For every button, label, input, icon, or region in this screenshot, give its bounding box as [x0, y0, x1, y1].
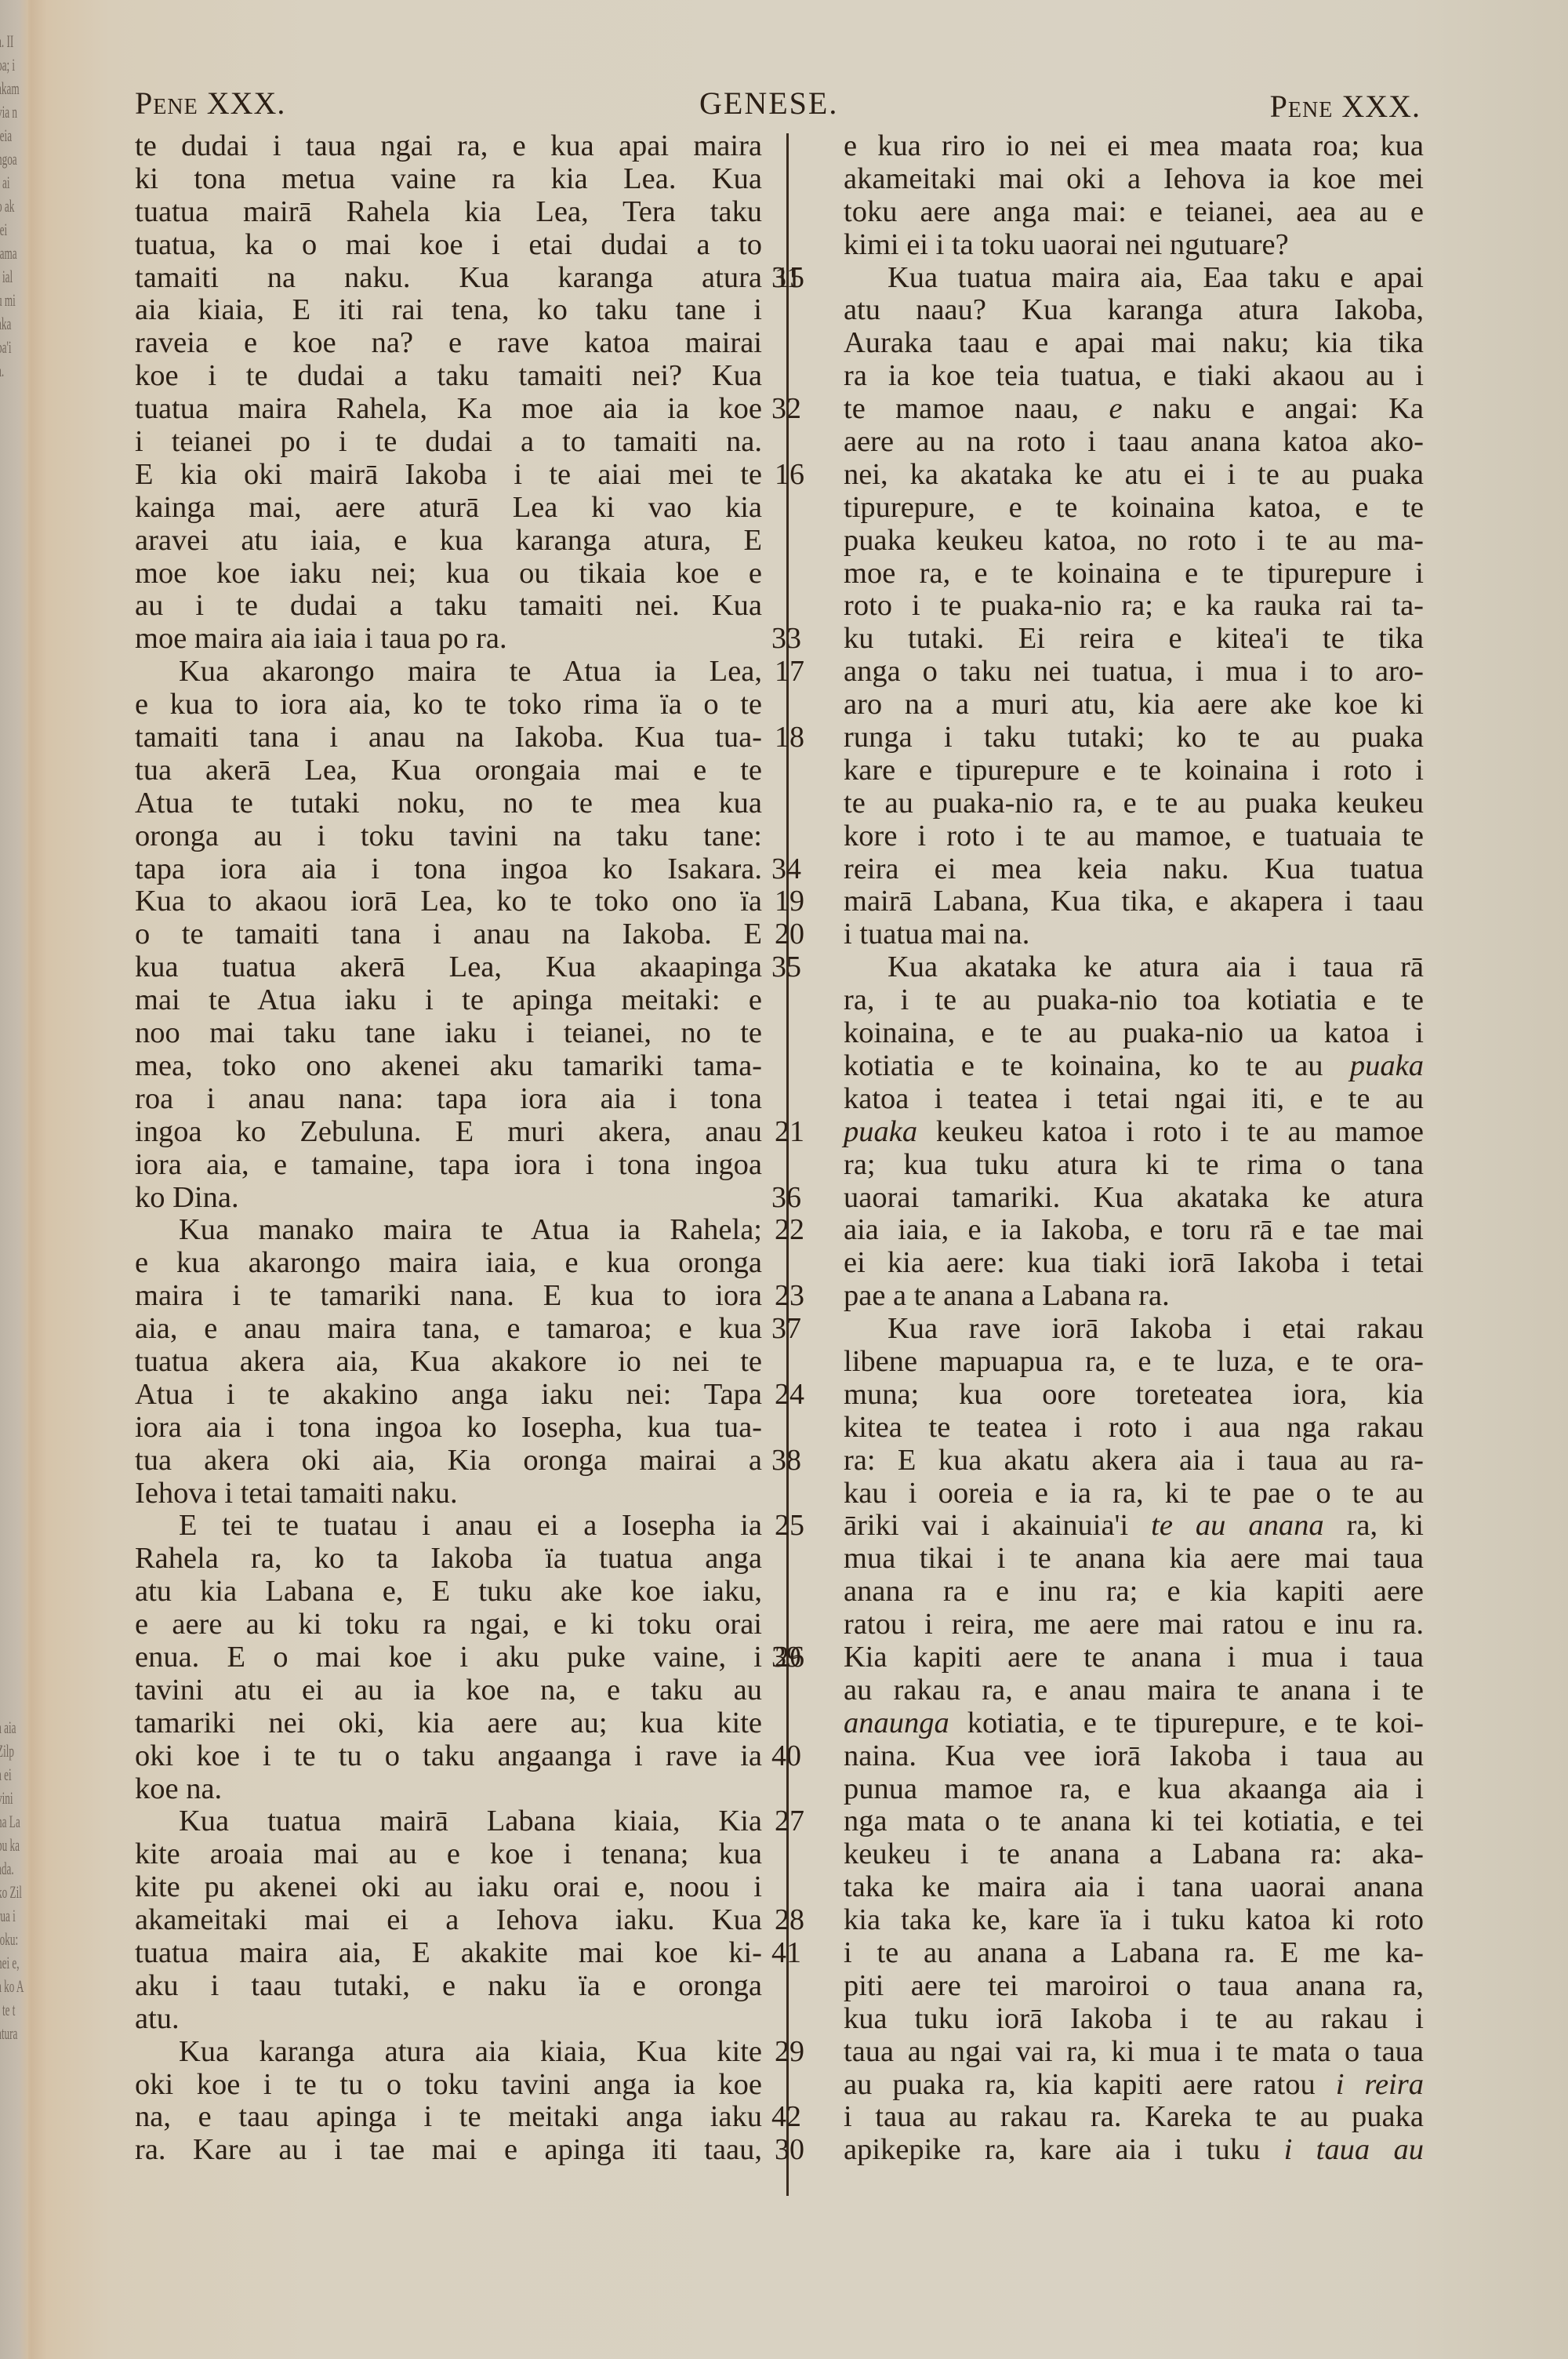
line-text: tua akera oki aia, Kia oronga mairai a	[135, 1444, 762, 1477]
line-text: reira ei mea keia naku. Kua tuatua	[844, 852, 1424, 885]
verse-number: 25	[775, 1510, 804, 1543]
line-text: oronga au i toku tavini na taku tane:	[135, 820, 762, 852]
text-line: piti aere tei maroiroi o taua anana ra,	[844, 1970, 1424, 2003]
line-text: nga mata o te anana ki tei kotiatia, e t…	[844, 1805, 1424, 1837]
text-line: muna; kua oore toreteatea iora, kia	[844, 1379, 1424, 1412]
line-text: koe na.	[135, 1772, 222, 1805]
verse-number: 22	[775, 1214, 804, 1247]
text-line: Kua manako maira te Atua ia Rahela;22	[135, 1214, 762, 1247]
line-text: anaunga kotiatia, e te tipurepure, e te …	[844, 1707, 1424, 1739]
line-text: e kua to iora aia, ko te toko rima ïa o …	[135, 688, 762, 721]
text-line: oki koe i te tu o taku angaanga i rave i…	[135, 1740, 762, 1773]
text-line: tapa iora aia i tona ingoa ko Isakara.	[135, 853, 762, 886]
line-text: kotiatia e te koinaina, ko te au puaka	[844, 1049, 1424, 1082]
bleed-text: vini	[0, 1788, 13, 1808]
text-line: Kua tuatua mairā Labana kiaia, Kia27	[135, 1805, 762, 1838]
line-text: au rakau ra, e anau maira te anana i te	[844, 1674, 1424, 1707]
line-text: i te au anana a Labana ra. E me ka-	[844, 1936, 1424, 1969]
line-text: tamaiti tana i anau na Iakoba. Kua tua-	[135, 721, 762, 754]
line-text: aku i taau tutaki, e naku ïa e oronga	[135, 1969, 762, 2002]
line-text: tavini atu ei au ia koe na, e taku au	[135, 1674, 762, 1707]
text-line: o te tamaiti tana i anau na Iakoba. E20	[135, 918, 762, 951]
text-line: punua mamoe ra, e kua akaanga aia i	[844, 1773, 1424, 1806]
line-text: iora aia, e tamaine, tapa iora i tona in…	[135, 1148, 762, 1181]
line-text: ingoa ko Zebuluna. E muri akera, anau	[135, 1115, 762, 1148]
text-line: Atua te tutaki noku, no te mea kua	[135, 787, 762, 820]
text-line: i taua au rakau ra. Kareka te au puaka42	[844, 2101, 1424, 2134]
text-line: aku i taau tutaki, e naku ïa e oronga	[135, 1970, 762, 2003]
bleed-text: rua i	[0, 1906, 16, 1926]
verse-number: 20	[775, 918, 804, 951]
italic-word: puaka	[844, 1115, 917, 1148]
text-line: keukeu i te anana a Labana ra: aka-	[844, 1838, 1424, 1871]
text-line: moe koe iaku nei; kua ou tikaia koe e	[135, 558, 762, 591]
text-line: Kua rave iorā Iakoba i etai rakau37	[844, 1313, 1424, 1346]
italic-word: puaka	[1350, 1049, 1424, 1082]
left-text-column: te dudai i taua ngai ra, e kua apai mair…	[135, 130, 762, 2167]
text-line: mairā Labana, Kua tika, e akapera i taau	[844, 885, 1424, 918]
text-line: akameitaki mai oki a Iehova ia koe mei	[844, 163, 1424, 196]
line-text: akameitaki mai ei a Iehova iaku. Kua	[135, 1903, 762, 1936]
line-text: katoa i teatea i tetai ngai iti, e te au	[844, 1082, 1424, 1115]
line-text: libene mapuapua ra, e te luza, e te ora-	[844, 1345, 1424, 1378]
text-line: tamariki nei oki, kia aere au; kua kite	[135, 1707, 762, 1740]
line-text: tua akerā Lea, Kua orongaia mai e te	[135, 754, 762, 787]
line-text: te dudai i taua ngai ra, e kua apai mair…	[135, 129, 762, 162]
line-text: tamariki nei oki, kia aere au; kua kite	[135, 1707, 762, 1739]
text-line: Atua i te akakino anga iaku nei: Tapa24	[135, 1379, 762, 1412]
text-line: na, e taau apinga i te meitaki anga iaku	[135, 2101, 762, 2134]
text-line: atu.	[135, 2003, 762, 2036]
text-line: moe maira aia iaia i taua po ra.	[135, 623, 762, 656]
bleed-text: oa; i	[0, 55, 15, 75]
bleed-text: ngoa	[0, 149, 17, 169]
line-text: tuatua akera aia, Kua akakore io nei te	[135, 1345, 762, 1378]
bleed-text: pa'i	[0, 337, 12, 358]
verse-number: 33	[771, 623, 801, 656]
text-line: koinaina, e te au puaka-nio ua katoa i	[844, 1017, 1424, 1050]
text-line: tuatua maira Rahela, Ka moe aia ia koe	[135, 393, 762, 426]
text-line: katoa i teatea i tetai ngai iti, e te au	[844, 1083, 1424, 1116]
line-text: raveia e koe na? e rave katoa mairai	[135, 326, 762, 359]
line-text: kia taka ke, kare ïa i tuku katoa ki rot…	[844, 1903, 1424, 1936]
line-text: i teianei po i te dudai a to tamaiti na.	[135, 425, 762, 458]
line-text: tuatua maira Rahela, Ka moe aia ia koe	[135, 392, 762, 425]
line-text: mea, toko ono akenei aku tamariki tama-	[135, 1049, 762, 1082]
text-line: naina. Kua vee iorā Iakoba i taua au40	[844, 1740, 1424, 1773]
text-line: ra; kua tuku atura ki te rima o tana	[844, 1149, 1424, 1182]
text-line: āriki vai i akainuia'i te au anana ra, k…	[844, 1510, 1424, 1543]
line-text: anana ra e inu ra; e kia kapiti aere	[844, 1575, 1424, 1608]
line-text: nei, ka akataka ke atu ei i te au puaka	[844, 458, 1424, 491]
text-line: tavini atu ei au ia koe na, e taku au	[135, 1674, 762, 1707]
line-text: Rahela ra, ko ta Iakoba ïa tuatua anga	[135, 1542, 762, 1575]
line-text: mairā Labana, Kua tika, e akapera i taau	[844, 885, 1424, 918]
text-line: kotiatia e te koinaina, ko te au puaka	[844, 1050, 1424, 1083]
line-text: tapa iora aia i tona ingoa ko Isakara.	[135, 852, 762, 885]
line-text: au i te dudai a taku tamaiti nei. Kua	[135, 589, 762, 622]
text-line: anana ra e inu ra; e kia kapiti aere	[844, 1576, 1424, 1608]
line-text: te au puaka-nio ra, e te au puaka keukeu	[844, 787, 1424, 820]
line-text: te mamoe naau, e naku e angai: Ka	[844, 392, 1424, 425]
verse-number: 37	[771, 1313, 801, 1346]
chapter-number: XXX.	[1341, 89, 1421, 124]
bleed-text: nei e,	[0, 1953, 20, 1973]
line-text: e kua akarongo maira iaia, e kua oronga	[135, 1246, 762, 1279]
text-line: tamaiti na naku. Kua karanga atura15	[135, 262, 762, 295]
line-text: na, e taau apinga i te meitaki anga iaku	[135, 2100, 762, 2133]
bleed-text: i ial	[0, 267, 13, 287]
text-line: Kua karanga atura aia kiaia, Kua kite29	[135, 2036, 762, 2069]
text-line: anaunga kotiatia, e te tipurepure, e te …	[844, 1707, 1424, 1740]
text-line: ra ia koe teia tuatua, e tiaki akaou au …	[844, 360, 1424, 393]
text-line: atu kia Labana e, E tuku ake koe iaku,	[135, 1576, 762, 1608]
line-text: kimi ei i ta toku uaorai nei ngutuare?	[844, 228, 1289, 261]
line-text: kainga mai, aere aturā Lea ki vao kia	[135, 491, 762, 524]
line-text: aere au na roto i taau anana katoa ako-	[844, 425, 1424, 458]
text-line: tamaiti tana i anau na Iakoba. Kua tua-1…	[135, 722, 762, 754]
text-line: roto i te puaka-nio ra; e ka rauka rai t…	[844, 590, 1424, 623]
text-line: Auraka taau e apai mai naku; kia tika	[844, 327, 1424, 360]
text-line: Rahela ra, ko ta Iakoba ïa tuatua anga	[135, 1543, 762, 1576]
text-line: te mamoe naau, e naku e angai: Ka32	[844, 393, 1424, 426]
bleed-text: i ai	[0, 173, 10, 193]
text-line: kua tuku iorā Iakoba i te au rakau i	[844, 2003, 1424, 2036]
line-text: E tei te tuatau i anau ei a Iosepha ia	[179, 1509, 762, 1542]
text-line: koe na.	[135, 1773, 762, 1806]
text-line: tipurepure, e te koinaina katoa, e te	[844, 492, 1424, 525]
line-text: moe koe iaku nei; kua ou tikaia koe e	[135, 557, 762, 590]
verse-number: 19	[775, 885, 804, 918]
chapter-number: XXX.	[207, 85, 286, 121]
verse-number: 29	[775, 2036, 804, 2069]
line-text: tuatua mairā Rahela kia Lea, Tera taku	[135, 195, 762, 228]
verse-number: 24	[775, 1379, 804, 1412]
line-text: runga i taku tutaki; ko te au puaka	[844, 721, 1424, 754]
text-line: runga i taku tutaki; ko te au puaka	[844, 722, 1424, 754]
bleed-text: akam	[0, 78, 20, 99]
text-line: E tei te tuatau i anau ei a Iosepha ia25	[135, 1510, 762, 1543]
bleed-text: a. II	[0, 31, 13, 52]
line-text: Kua akarongo maira te Atua ia Lea,	[179, 655, 762, 688]
bleed-text: aka	[0, 314, 11, 334]
line-text: e kua riro io nei ei mea maata roa; kua	[844, 129, 1424, 162]
text-line: kore i roto i te au mamoe, e tuatuaia te	[844, 820, 1424, 853]
verse-number: 32	[771, 393, 801, 426]
text-line: au rakau ra, e anau maira te anana i te	[844, 1674, 1424, 1707]
verse-number: 38	[771, 1445, 801, 1478]
bleed-text: atura	[0, 2023, 17, 2044]
text-line: Kua tuatua maira aia, Eaa taku e apai31	[844, 262, 1424, 295]
text-line: oki koe i te tu o toku tavini anga ia ko…	[135, 2069, 762, 2102]
line-text: kore i roto i te au mamoe, e tuatuaia te	[844, 820, 1424, 852]
text-line: toku aere anga mai: e teianei, aea au e	[844, 196, 1424, 229]
line-text: anga o taku nei tuatua, i mua i to aro-	[844, 655, 1424, 688]
bleed-text: pu ka	[0, 1835, 20, 1856]
text-line: ra: E kua akatu akera aia i taua au ra-3…	[844, 1445, 1424, 1478]
line-text: puaka keukeu katoa i roto i te au mamoe	[844, 1115, 1424, 1148]
text-line: mai te Atua iaku i te apinga meitaki: e	[135, 984, 762, 1017]
line-text: E kia oki mairā Iakoba i te aiai mei te	[135, 458, 762, 491]
line-text: au puaka ra, kia kapiti aere ratou i rei…	[844, 2068, 1424, 2101]
text-line: tuatua maira aia, E akakite mai koe ki-	[135, 1937, 762, 1970]
bleed-text: o ak	[0, 196, 14, 216]
line-text: aro na a muri atu, kia aere ake koe ki	[844, 688, 1424, 721]
line-text: muna; kua oore toreteatea iora, kia	[844, 1378, 1424, 1411]
line-text: Atua te tutaki noku, no te mea kua	[135, 787, 762, 820]
line-text: kite pu akenei oki au iaku orai e, noou …	[135, 1870, 762, 1903]
line-text: ra, i te au puaka-nio toa kotiatia e te	[844, 983, 1424, 1016]
bleed-text: na La	[0, 1812, 20, 1832]
line-text: Kua manako maira te Atua ia Rahela;	[179, 1213, 762, 1246]
bleed-text: tama	[0, 243, 17, 264]
text-line: tuatua mairā Rahela kia Lea, Tera taku	[135, 196, 762, 229]
line-text: atu.	[135, 2002, 180, 2035]
text-line: noo mai taku tane iaku i teianei, no te	[135, 1017, 762, 1050]
line-text: ki tona metua vaine ra kia Lea. Kua	[135, 162, 762, 195]
line-text: kitea te teatea i roto i aua nga rakau	[844, 1411, 1424, 1444]
text-line: taka ke maira aia i tana uaorai anana	[844, 1871, 1424, 1904]
line-text: tuatua maira aia, E akakite mai koe ki-	[135, 1936, 762, 1969]
verse-number: 21	[775, 1116, 804, 1149]
text-line: Iehova i tetai tamaiti naku.	[135, 1478, 762, 1510]
text-line: apikepike ra, kare aia i tuku i taua au	[844, 2134, 1424, 2167]
line-text: enua. E o mai koe i aku puke vaine, i	[135, 1641, 762, 1674]
line-text: toku aere anga mai: e teianei, aea au e	[844, 195, 1424, 228]
text-line: pae a te anana a Labana ra.	[844, 1280, 1424, 1313]
line-text: akameitaki mai oki a Iehova ia koe mei	[844, 162, 1424, 195]
line-text: tuatua, ka o mai koe i etai dudai a to	[135, 228, 762, 261]
text-line: libene mapuapua ra, e te luza, e te ora-	[844, 1346, 1424, 1379]
text-line: iora aia, e tamaine, tapa iora i tona in…	[135, 1149, 762, 1182]
line-text: oki koe i te tu o taku angaanga i rave i…	[135, 1739, 762, 1772]
text-line: reira ei mea keia naku. Kua tuatua34	[844, 853, 1424, 886]
text-line: maira i te tamariki nana. E kua to iora2…	[135, 1280, 762, 1313]
line-text: oki koe i te tu o toku tavini anga ia ko…	[135, 2068, 762, 2101]
text-line: anga o taku nei tuatua, i mua i to aro-	[844, 656, 1424, 689]
verse-number: 30	[775, 2134, 804, 2167]
verse-number: 40	[771, 1740, 801, 1773]
text-line: nga mata o te anana ki tei kotiatia, e t…	[844, 1805, 1424, 1838]
line-text: atu naau? Kua karanga atura Iakoba,	[844, 293, 1424, 326]
verse-number: 39	[771, 1641, 801, 1674]
text-line: kua tuatua akerā Lea, Kua akaapinga	[135, 951, 762, 984]
line-text: kare e tipurepure e te koinaina i roto i	[844, 754, 1424, 787]
verse-number: 16	[775, 459, 804, 492]
line-text: roa i anau nana: tapa iora aia i tona	[135, 1082, 762, 1115]
column-divider	[786, 133, 789, 2196]
line-text: Iehova i tetai tamaiti naku.	[135, 1477, 458, 1510]
text-line: kitea te teatea i roto i aua nga rakau	[844, 1412, 1424, 1445]
line-text: moe maira aia iaia i taua po ra.	[135, 622, 507, 655]
text-line: e kua to iora aia, ko te toko rima ïa o …	[135, 689, 762, 722]
text-line: kite pu akenei oki au iaku orai e, noou …	[135, 1871, 762, 1904]
line-text: ko Dina.	[135, 1181, 239, 1214]
bleed-text: a aia	[0, 1717, 16, 1738]
text-line: kimi ei i ta toku uaorai nei ngutuare?	[844, 229, 1424, 262]
verse-number: 27	[775, 1805, 804, 1838]
line-text: tamaiti na naku. Kua karanga atura	[135, 261, 762, 294]
line-text: tipurepure, e te koinaina katoa, e te	[844, 491, 1424, 524]
line-text: Kua rave iorā Iakoba i etai rakau	[887, 1312, 1424, 1345]
line-text: Kua karanga atura aia kiaia, Kua kite	[179, 2035, 762, 2068]
line-text: maira i te tamariki nana. E kua to iora	[135, 1279, 762, 1312]
line-text: kau i ooreia e ia ra, ki te pae o te au	[844, 1477, 1424, 1510]
line-text: mai te Atua iaku i te apinga meitaki: e	[135, 983, 762, 1016]
line-text: naina. Kua vee iorā Iakoba i taua au	[844, 1739, 1424, 1772]
chapter-prefix: Pene	[135, 85, 198, 121]
line-text: noo mai taku tane iaku i teianei, no te	[135, 1016, 762, 1049]
bleed-text: i te t	[0, 2000, 15, 2020]
bleed-text: ko Zil	[0, 1882, 22, 1903]
line-text: aravei atu iaia, e kua karanga atura, E	[135, 524, 762, 557]
text-line: oronga au i toku tavini na taku tane:	[135, 820, 762, 853]
line-text: ku tutaki. Ei reira e kitea'i te tika	[844, 622, 1424, 655]
line-text: e aere au ki toku ra ngai, e ki toku ora…	[135, 1608, 762, 1641]
text-line: tua akera oki aia, Kia oronga mairai a	[135, 1445, 762, 1478]
verse-number: 17	[775, 656, 804, 689]
verse-number: 42	[771, 2101, 801, 2134]
text-line: aia iaia, e ia Iakoba, e toru rā e tae m…	[844, 1214, 1424, 1247]
text-line: kainga mai, aere aturā Lea ki vao kia	[135, 492, 762, 525]
line-text: taka ke maira aia i tana uaorai anana	[844, 1870, 1424, 1903]
line-text: apikepike ra, kare aia i tuku i taua au	[844, 2133, 1424, 2166]
line-text: Kua akataka ke atura aia i taua rā	[887, 951, 1424, 983]
book-page: a. IIoa; iakamvia nteiangoai aio akteita…	[0, 0, 1568, 2359]
line-text: kite aroaia mai au e koe i tenana; kua	[135, 1837, 762, 1870]
bleed-text: a ei	[0, 1765, 12, 1785]
text-line: tuatua akera aia, Kua akakore io nei te	[135, 1346, 762, 1379]
text-line: ingoa ko Zebuluna. E muri akera, anau21	[135, 1116, 762, 1149]
text-line: puaka keukeu katoa, no roto i te au ma-	[844, 525, 1424, 558]
text-line: te au puaka-nio ra, e te au puaka keukeu	[844, 787, 1424, 820]
line-text: pae a te anana a Labana ra.	[844, 1279, 1170, 1312]
text-line: ra. Kare au i tae mai e apinga iti taau,…	[135, 2134, 762, 2167]
line-text: moe ra, e te koinaina e te tipurepure i	[844, 557, 1424, 590]
italic-word: anaunga	[844, 1707, 949, 1739]
text-line: kare e tipurepure e te koinaina i roto i	[844, 754, 1424, 787]
text-line: aro na a muri atu, kia aere ake koe ki	[844, 689, 1424, 722]
text-line: iora aia i tona ingoa ko Iosepha, kua tu…	[135, 1412, 762, 1445]
line-text: keukeu i te anana a Labana ra: aka-	[844, 1837, 1424, 1870]
line-text: ra ia koe teia tuatua, e tiaki akaou au …	[844, 359, 1424, 392]
line-text: ratou i reira, me aere mai ratou e inu r…	[844, 1608, 1424, 1641]
text-line: ku tutaki. Ei reira e kitea'i te tika33	[844, 623, 1424, 656]
text-line: au i te dudai a taku tamaiti nei. Kua	[135, 590, 762, 623]
text-line: roa i anau nana: tapa iora aia i tona	[135, 1083, 762, 1116]
text-line: uaorai tamariki. Kua akataka ke atura36	[844, 1182, 1424, 1215]
text-line: i te au anana a Labana ra. E me ka-41	[844, 1937, 1424, 1970]
text-line: tua akerā Lea, Kua orongaia mai e te	[135, 754, 762, 787]
line-text: Auraka taau e apai mai naku; kia tika	[844, 326, 1424, 359]
text-line: Kia kapiti aere te anana i mua i taua39	[844, 1641, 1424, 1674]
line-text: āriki vai i akainuia'i te au anana ra, k…	[844, 1509, 1424, 1542]
text-line: taua au ngai vai ra, ki mua i te mata o …	[844, 2036, 1424, 2069]
text-line: ra, i te au puaka-nio toa kotiatia e te	[844, 984, 1424, 1017]
text-line: ki tona metua vaine ra kia Lea. Kua	[135, 163, 762, 196]
bleed-text: via n	[0, 102, 17, 122]
text-line: raveia e koe na? e rave katoa mairai	[135, 327, 762, 360]
line-text: Kua tuatua maira aia, Eaa taku e apai	[887, 261, 1424, 294]
italic-word: i reira	[1336, 2068, 1424, 2101]
italic-word: e	[1109, 392, 1123, 425]
bleed-text: teia	[0, 125, 12, 146]
line-text: mua tikai i te anana kia aere mai taua	[844, 1542, 1424, 1575]
text-line: Kua to akaou iorā Lea, ko te toko ono ïa…	[135, 885, 762, 918]
verse-number: 34	[771, 853, 801, 886]
text-line: i tuatua mai na.	[844, 918, 1424, 951]
line-text: Kua to akaou iorā Lea, ko te toko ono ïa	[135, 885, 762, 918]
verse-number: 41	[771, 1937, 801, 1970]
text-line: e kua akarongo maira iaia, e kua oronga	[135, 1247, 762, 1280]
italic-word: te au anana	[1151, 1509, 1323, 1542]
text-line: aia kiaia, E iti rai tena, ko taku tane …	[135, 294, 762, 327]
line-text: ra; kua tuku atura ki te rima o tana	[844, 1148, 1424, 1181]
line-text: Kua tuatua mairā Labana kiaia, Kia	[179, 1805, 762, 1837]
line-text: Atua i te akakino anga iaku nei: Tapa	[135, 1378, 762, 1411]
verse-number: 18	[775, 722, 804, 754]
text-line: mea, toko ono akenei aku tamariki tama-	[135, 1050, 762, 1083]
line-text: puaka keukeu katoa, no roto i te au ma-	[844, 524, 1424, 557]
text-line: Kua akarongo maira te Atua ia Lea,17	[135, 656, 762, 689]
line-text: kua tuku iorā Iakoba i te au rakau i	[844, 2002, 1424, 2035]
text-line: ei kia aere: kua tiaki iorā Iakoba i tet…	[844, 1247, 1424, 1280]
line-text: aia, e anau maira tana, e tamaroa; e kua	[135, 1312, 762, 1345]
bleed-text: u mi	[0, 290, 16, 311]
text-line: au puaka ra, kia kapiti aere ratou i rei…	[844, 2069, 1424, 2102]
text-line: e aere au ki toku ra ngai, e ki toku ora…	[135, 1608, 762, 1641]
line-text: i taua au rakau ra. Kareka te au puaka	[844, 2100, 1424, 2133]
line-text: roto i te puaka-nio ra; e ka rauka rai t…	[844, 589, 1424, 622]
italic-word: i taua au	[1284, 2133, 1424, 2166]
text-line: moe ra, e te koinaina e te tipurepure i	[844, 558, 1424, 591]
line-text: atu kia Labana e, E tuku ake koe iaku,	[135, 1575, 762, 1608]
text-line: kite aroaia mai au e koe i tenana; kua	[135, 1838, 762, 1871]
text-line: akameitaki mai ei a Iehova iaku. Kua28	[135, 1904, 762, 1937]
line-text: aia iaia, e ia Iakoba, e toru rā e tae m…	[844, 1213, 1424, 1246]
text-line: aia, e anau maira tana, e tamaroa; e kua	[135, 1313, 762, 1346]
right-text-column: e kua riro io nei ei mea maata roa; kuaa…	[844, 130, 1424, 2167]
bleed-text: Zilp	[0, 1741, 14, 1761]
line-text: o te tamaiti tana i anau na Iakoba. E	[135, 918, 762, 951]
text-line: kia taka ke, kare ïa i tuku katoa ki rot…	[844, 1904, 1424, 1937]
text-line: E kia oki mairā Iakoba i te aiai mei te1…	[135, 459, 762, 492]
text-line: Kua akataka ke atura aia i taua rā35	[844, 951, 1424, 984]
book-title: GENESE.	[699, 85, 838, 122]
text-line: te dudai i taua ngai ra, e kua apai mair…	[135, 130, 762, 163]
line-text: koe i te dudai a taku tamaiti nei? Kua	[135, 359, 762, 392]
text-line: aere au na roto i taau anana katoa ako-	[844, 426, 1424, 459]
line-text: kua tuatua akerā Lea, Kua akaapinga	[135, 951, 762, 983]
chapter-prefix: Pene	[1270, 89, 1334, 124]
verse-number: 35	[771, 951, 801, 984]
text-line: mua tikai i te anana kia aere mai taua	[844, 1543, 1424, 1576]
adjacent-page-edge: a. IIoa; iakamvia nteiangoai aio akteita…	[0, 0, 28, 2359]
bleed-text: a.	[0, 361, 4, 381]
text-line: i teianei po i te dudai a to tamaiti na.	[135, 426, 762, 459]
line-text: punua mamoe ra, e kua akaanga aia i	[844, 1772, 1424, 1805]
chapter-label-left: Pene XXX.	[135, 85, 285, 122]
line-text: ra. Kare au i tae mai e apinga iti taau,	[135, 2133, 762, 2166]
verse-number: 31	[771, 262, 801, 295]
bleed-text: tei	[0, 220, 7, 240]
text-line: atu naau? Kua karanga atura Iakoba,	[844, 294, 1424, 327]
text-line: e kua riro io nei ei mea maata roa; kua	[844, 130, 1424, 163]
verse-number: 28	[775, 1904, 804, 1937]
text-line: aravei atu iaia, e kua karanga atura, E	[135, 525, 762, 558]
bleed-text: ada.	[0, 1859, 14, 1879]
line-text: uaorai tamariki. Kua akataka ke atura	[844, 1181, 1424, 1214]
